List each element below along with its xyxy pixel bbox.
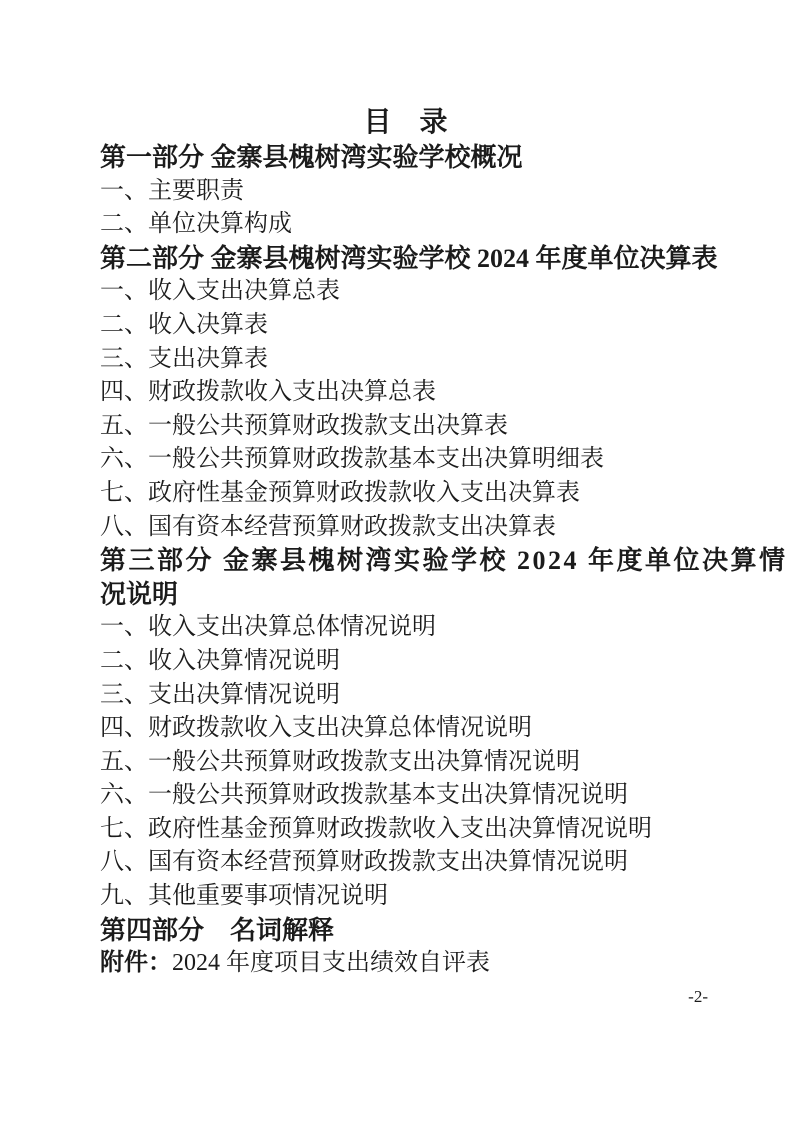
toc-item: 八、国有资本经营预算财政拨款支出决算情况说明	[100, 846, 711, 880]
toc-attachment-line: 附件：2024 年度项目支出绩效自评表	[100, 947, 711, 981]
toc-item: 五、一般公共预算财政拨款支出决算表	[100, 410, 711, 444]
toc-item: 三、支出决算情况说明	[100, 679, 711, 713]
toc-item: 一、主要职责	[100, 175, 711, 209]
toc-section-heading: 况说明	[100, 578, 711, 612]
page-number: -2-	[688, 986, 708, 1008]
toc-item: 一、收入支出决算总体情况说明	[100, 611, 711, 645]
toc-item: 五、一般公共预算财政拨款支出决算情况说明	[100, 746, 711, 780]
document-page: 目 录 第一部分 金寨县槐树湾实验学校概况一、主要职责二、单位决算构成第二部分 …	[100, 104, 711, 981]
toc-item: 四、财政拨款收入支出决算总体情况说明	[100, 712, 711, 746]
toc-section-heading: 第四部分 名词解释	[100, 914, 711, 948]
toc-item: 二、收入决算情况说明	[100, 645, 711, 679]
toc-list: 第一部分 金寨县槐树湾实验学校概况一、主要职责二、单位决算构成第二部分 金寨县槐…	[100, 141, 711, 981]
toc-item: 八、国有资本经营预算财政拨款支出决算表	[100, 511, 711, 545]
toc-section-heading: 第三部分 金寨县槐树湾实验学校 2024 年度单位决算情	[100, 544, 711, 578]
toc-item: 七、政府性基金预算财政拨款收入支出决算表	[100, 477, 711, 511]
attachment-text: 2024 年度项目支出绩效自评表	[172, 950, 490, 976]
toc-item: 九、其他重要事项情况说明	[100, 880, 711, 914]
toc-section-heading: 第二部分 金寨县槐树湾实验学校 2024 年度单位决算表	[100, 242, 711, 276]
toc-item: 六、一般公共预算财政拨款基本支出决算情况说明	[100, 779, 711, 813]
toc-item: 四、财政拨款收入支出决算总表	[100, 376, 711, 410]
toc-section-heading: 第一部分 金寨县槐树湾实验学校概况	[100, 141, 711, 175]
attachment-label: 附件：	[100, 950, 172, 976]
page-title: 目 录	[100, 104, 711, 141]
toc-item: 二、单位决算构成	[100, 208, 711, 242]
toc-item: 三、支出决算表	[100, 343, 711, 377]
toc-item: 二、收入决算表	[100, 309, 711, 343]
toc-item: 七、政府性基金预算财政拨款收入支出决算情况说明	[100, 813, 711, 847]
toc-item: 一、收入支出决算总表	[100, 275, 711, 309]
toc-item: 六、一般公共预算财政拨款基本支出决算明细表	[100, 443, 711, 477]
